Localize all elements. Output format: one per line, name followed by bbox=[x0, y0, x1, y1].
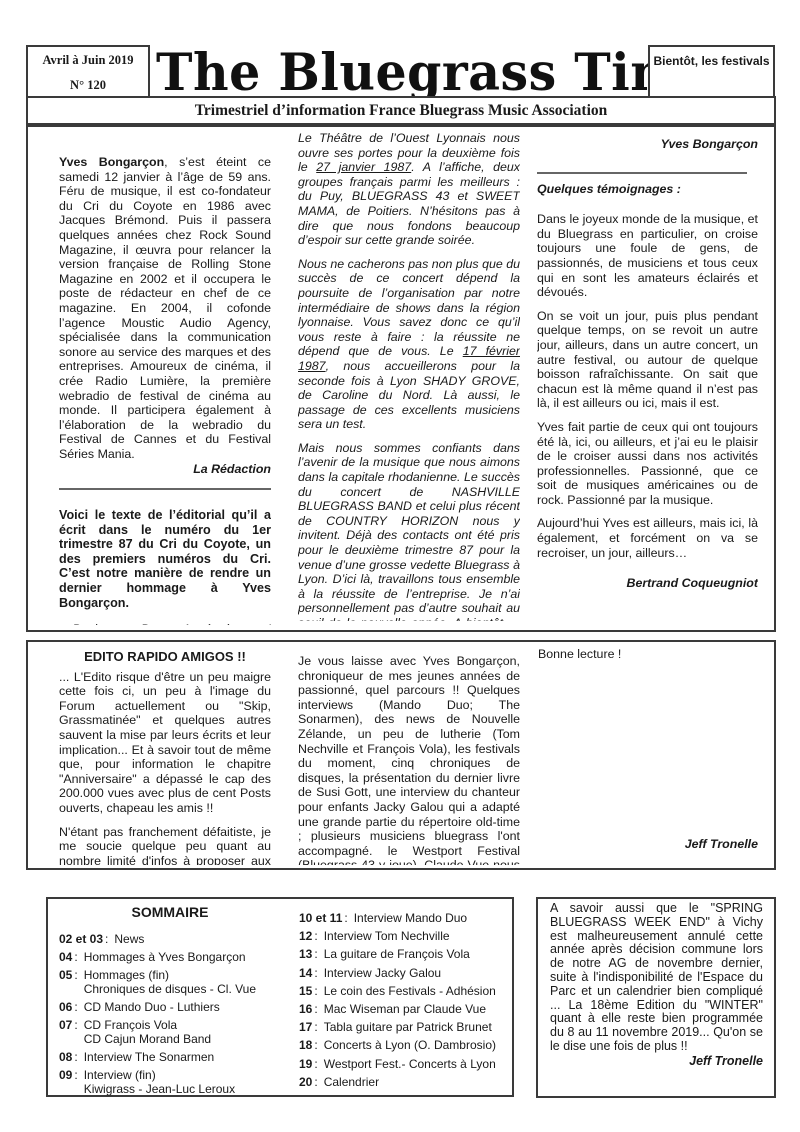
toc-page-number: 19 bbox=[299, 1057, 312, 1071]
article-column-2: Le Théâtre de l’Ouest Lyonnais nous ouvr… bbox=[298, 131, 520, 621]
intro-paragraph: Yves Bongarçon, s’est éteint ce samedi 1… bbox=[59, 155, 271, 461]
toc-label: Interview (fin) Kiwigrass - Jean-Luc Ler… bbox=[84, 1068, 279, 1096]
toc-separator: : bbox=[105, 932, 108, 946]
toc-entry: 06:CD Mando Duo - Luthiers bbox=[59, 1000, 279, 1014]
toc-page-number: 07 bbox=[59, 1018, 72, 1046]
quote-paragraph-4: Mais nous sommes confiants dans l’avenir… bbox=[298, 441, 520, 621]
quote-paragraph-1: « Bonjour, et Bonne Année à tous ! Vous … bbox=[59, 622, 271, 625]
quote-p3-text: Nous ne cacherons pas non plus que du su… bbox=[298, 257, 520, 359]
testimonial-paragraph: On se voit un jour, puis plus pendant qu… bbox=[537, 309, 758, 411]
toc-entry: 18:Concerts à Lyon (O. Dambrosio) bbox=[299, 1038, 514, 1052]
toc-separator: : bbox=[74, 968, 77, 996]
toc-page-number: 20 bbox=[299, 1075, 312, 1089]
toc-title: SOMMAIRE bbox=[80, 904, 260, 920]
toc-label: News bbox=[114, 932, 279, 946]
toc-separator: : bbox=[314, 1057, 317, 1071]
announcement-text: A savoir aussi que le "SPRING BLUEGRASS … bbox=[550, 902, 763, 1054]
intro-signature: La Rédaction bbox=[59, 462, 271, 477]
subtitle-banner: Trimestriel d’information France Bluegra… bbox=[26, 96, 776, 125]
toc-entry: 13:La guitare de François Vola bbox=[299, 947, 514, 961]
toc-label: Hommages (fin) Chroniques de disques - C… bbox=[84, 968, 279, 996]
toc-separator: : bbox=[314, 1075, 317, 1089]
toc-label: CD Mando Duo - Luthiers bbox=[84, 1000, 279, 1014]
article-column-3: Yves Bongarçon Quelques témoignages : Da… bbox=[537, 131, 758, 621]
toc-page-number: 02 et 03 bbox=[59, 932, 103, 946]
toc-label: Interview Tom Nechville bbox=[324, 929, 514, 943]
toc-separator: : bbox=[74, 1018, 77, 1046]
toc-page-number: 04 bbox=[59, 950, 72, 964]
edito-closing: Bonne lecture ! bbox=[538, 647, 758, 662]
toc-entry: 10 et 11:Interview Mando Duo bbox=[299, 911, 514, 925]
toc-page-number: 16 bbox=[299, 1002, 312, 1016]
testimonials-signature: Bertrand Coqueugniot bbox=[537, 576, 758, 591]
toc-page-number: 06 bbox=[59, 1000, 72, 1014]
divider bbox=[537, 172, 747, 174]
issue-date: Avril à Juin 2019 bbox=[42, 53, 133, 67]
edito-column-2: Je vous laisse avec Yves Bongarçon, chro… bbox=[298, 645, 520, 865]
edito-signature: Jeff Tronelle bbox=[538, 837, 758, 852]
toc-separator: : bbox=[344, 911, 347, 925]
toc-entry: 09:Interview (fin) Kiwigrass - Jean-Luc … bbox=[59, 1068, 279, 1096]
toc-separator: : bbox=[74, 1050, 77, 1064]
toc-separator: : bbox=[314, 1002, 317, 1016]
quote-p3-text-end: , nous accueillerons pour la seconde foi… bbox=[298, 359, 520, 431]
toc-label: Interview Mando Duo bbox=[354, 911, 514, 925]
toc-page-number: 13 bbox=[299, 947, 312, 961]
toc-entry: 04:Hommages à Yves Bongarçon bbox=[59, 950, 279, 964]
toc-entry: 05:Hommages (fin) Chroniques de disques … bbox=[59, 968, 279, 996]
toc-separator: : bbox=[314, 929, 317, 943]
editorial-lead: Voici le texte de l’éditorial qu’il a éc… bbox=[59, 508, 271, 610]
issue-number: N° 120 bbox=[28, 78, 148, 92]
toc-label: Tabla guitare par Patrick Brunet bbox=[324, 1020, 514, 1034]
toc-page-number: 18 bbox=[299, 1038, 312, 1052]
testimonials-heading: Quelques témoignages : bbox=[537, 182, 758, 197]
testimonial-paragraph: Yves fait partie de ceux qui ont toujour… bbox=[537, 420, 758, 508]
testimonial-paragraph: Aujourd’hui Yves est ailleurs, mais ici,… bbox=[537, 516, 758, 560]
toc-separator: : bbox=[314, 966, 317, 980]
toc-separator: : bbox=[314, 1038, 317, 1052]
toc-separator: : bbox=[74, 1000, 77, 1014]
testimonial-paragraph: Dans le joyeux monde de la musique, et d… bbox=[537, 212, 758, 300]
date-27-janvier: 27 janvier 1987 bbox=[316, 160, 411, 174]
edito-column-3: Bonne lecture ! Jeff Tronelle bbox=[538, 645, 758, 865]
toc-page-number: 14 bbox=[299, 966, 312, 980]
toc-entry: 14:Interview Jacky Galou bbox=[299, 966, 514, 980]
toc-entry: 17:Tabla guitare par Patrick Brunet bbox=[299, 1020, 514, 1034]
toc-entry: 20:Calendrier bbox=[299, 1075, 514, 1089]
toc-right-column: 10 et 11:Interview Mando Duo12:Interview… bbox=[299, 911, 514, 1093]
toc-left-column: 02 et 03:News04:Hommages à Yves Bongarço… bbox=[59, 932, 279, 1100]
toc-label: Interview Jacky Galou bbox=[324, 966, 514, 980]
toc-page-number: 17 bbox=[299, 1020, 312, 1034]
edito-paragraph-3: Je vous laisse avec Yves Bongarçon, chro… bbox=[298, 654, 520, 865]
toc-label: CD François Vola CD Cajun Morand Band bbox=[84, 1018, 279, 1046]
teaser-text: Bientôt, les festivals bbox=[653, 54, 769, 68]
intro-name: Yves Bongarçon bbox=[59, 155, 164, 169]
toc-label: Westport Fest.- Concerts à Lyon bbox=[324, 1057, 514, 1071]
edito-paragraph-2: N'étant pas franchement défaitiste, je m… bbox=[59, 825, 271, 865]
toc-separator: : bbox=[74, 950, 77, 964]
toc-entry: 12:Interview Tom Nechville bbox=[299, 929, 514, 943]
divider bbox=[59, 488, 271, 490]
toc-entry: 15:Le coin des Festivals - Adhésion bbox=[299, 984, 514, 998]
toc-entry: 08:Interview The Sonarmen bbox=[59, 1050, 279, 1064]
toc-label: Hommages à Yves Bongarçon bbox=[84, 950, 279, 964]
toc-label: Concerts à Lyon (O. Dambrosio) bbox=[324, 1038, 514, 1052]
toc-page-number: 05 bbox=[59, 968, 72, 996]
toc-label: Le coin des Festivals - Adhésion bbox=[324, 984, 514, 998]
toc-label: Mac Wiseman par Claude Vue bbox=[324, 1002, 514, 1016]
edito-paragraph-1: ... L'Edito risque d'être un peu maigre … bbox=[59, 670, 271, 816]
quote-paragraph-2: Le Théâtre de l’Ouest Lyonnais nous ouvr… bbox=[298, 131, 520, 248]
toc-page-number: 12 bbox=[299, 929, 312, 943]
toc-separator: : bbox=[314, 947, 317, 961]
toc-separator: : bbox=[314, 984, 317, 998]
toc-page-number: 08 bbox=[59, 1050, 72, 1064]
toc-entry: 07:CD François Vola CD Cajun Morand Band bbox=[59, 1018, 279, 1046]
quote-signature: Yves Bongarçon bbox=[537, 137, 758, 152]
announcement-content: A savoir aussi que le "SPRING BLUEGRASS … bbox=[550, 902, 763, 1069]
toc-separator: : bbox=[74, 1068, 77, 1096]
toc-page-number: 15 bbox=[299, 984, 312, 998]
article-column-1: Yves Bongarçon, s’est éteint ce samedi 1… bbox=[59, 155, 271, 625]
toc-entry: 16:Mac Wiseman par Claude Vue bbox=[299, 1002, 514, 1016]
toc-separator: : bbox=[314, 1020, 317, 1034]
toc-label: Interview The Sonarmen bbox=[84, 1050, 279, 1064]
announcement-signature: Jeff Tronelle bbox=[550, 1055, 763, 1069]
toc-entry: 02 et 03:News bbox=[59, 932, 279, 946]
toc-page-number: 09 bbox=[59, 1068, 72, 1096]
subtitle-text: Trimestriel d’information France Bluegra… bbox=[195, 102, 608, 119]
edito-column-1: EDITO RAPIDO AMIGOS !! ... L'Edito risqu… bbox=[59, 650, 271, 865]
toc-label: La guitare de François Vola bbox=[324, 947, 514, 961]
quote-paragraph-3: Nous ne cacherons pas non plus que du su… bbox=[298, 257, 520, 432]
toc-entry: 19:Westport Fest.- Concerts à Lyon bbox=[299, 1057, 514, 1071]
toc-page-number: 10 et 11 bbox=[299, 911, 342, 925]
edito-heading: EDITO RAPIDO AMIGOS !! bbox=[59, 650, 271, 665]
toc-label: Calendrier bbox=[324, 1075, 514, 1089]
intro-text: , s’est éteint ce samedi 12 janvier à l’… bbox=[59, 155, 271, 461]
